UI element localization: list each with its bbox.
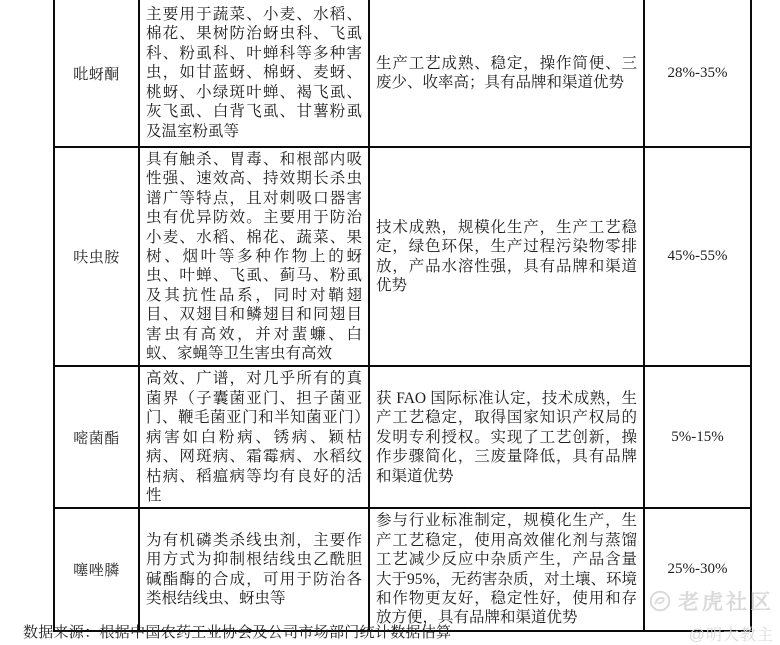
product-name-cell: 呋虫胺: [54, 147, 139, 366]
product-advantage-cell: 获 FAO 国际标准认定，技术成熟，生产工艺稳定，取得国家知识产权局的发明专利授…: [369, 366, 644, 508]
product-name-cell: 嘧菌酯: [54, 366, 139, 508]
data-source-note: 数据来源：根据中国农药工业协会及公司市场部门统计数据估算: [23, 621, 451, 642]
table-row-pymetrozine: 吡蚜酮 主要用于蔬菜、小麦、水稻、棉花、果树防治蚜虫科、飞虱科、粉虱科、叶蝉科等…: [54, 0, 751, 147]
market-share-cell: 25%-30%: [644, 508, 751, 630]
product-name-cell: 噻唑膦: [54, 508, 139, 630]
product-usage-cell: 主要用于蔬菜、小麦、水稻、棉花、果树防治蚜虫科、飞虱科、粉虱科、叶蝉科等多种害虫…: [139, 0, 369, 147]
product-usage-cell: 具有触杀、胃毒、和根部内吸性强、速效高、持效期长杀虫谱广等特点，且对刺吸口器害虫…: [139, 147, 369, 366]
table-row-azoxystrobin: 嘧菌酯 高效、广谱，对几乎所有的真菌界（子囊菌亚门、担子菌亚门、鞭毛菌亚门和半知…: [54, 366, 751, 508]
product-advantage-cell: 参与行业标准制定，规模化生产，生产工艺稳定，使用高效催化剂与蒸馏工艺减少反应中杂…: [369, 508, 644, 630]
document-page: 吡蚜酮 主要用于蔬菜、小麦、水稻、棉花、果树防治蚜虫科、飞虱科、粉虱科、叶蝉科等…: [0, 0, 780, 645]
market-share-cell: 5%-15%: [644, 366, 751, 508]
table-row-dinotefuran: 呋虫胺 具有触杀、胃毒、和根部内吸性强、速效高、持效期长杀虫谱广等特点，且对刺吸…: [54, 147, 751, 366]
product-usage-cell: 高效、广谱，对几乎所有的真菌界（子囊菌亚门、担子菌亚门、鞭毛菌亚门和半知菌亚门）…: [139, 366, 369, 508]
market-share-cell: 45%-55%: [644, 147, 751, 366]
product-advantage-cell: 生产工艺成熟、稳定，操作简便、三废少、收率高；具有品牌和渠道优势: [369, 0, 644, 147]
market-share-cell: 28%-35%: [644, 0, 751, 147]
product-name-cell: 吡蚜酮: [54, 0, 139, 147]
table-row-fosthiazate: 噻唑膦 为有机磷类杀线虫剂，主要作用方式为抑制根结线虫乙酰胆碱酯酶的合成，可用于…: [54, 508, 751, 630]
product-usage-cell: 为有机磷类杀线虫剂，主要作用方式为抑制根结线虫乙酰胆碱酯酶的合成，可用于防治各类…: [139, 508, 369, 630]
product-advantage-cell: 技术成熟，规模化生产，生产工艺稳定，绿色环保，生产过程污染物零排放，产品水溶性强…: [369, 147, 644, 366]
product-table: 吡蚜酮 主要用于蔬菜、小麦、水稻、棉花、果树防治蚜虫科、飞虱科、粉虱科、叶蝉科等…: [53, 0, 752, 632]
